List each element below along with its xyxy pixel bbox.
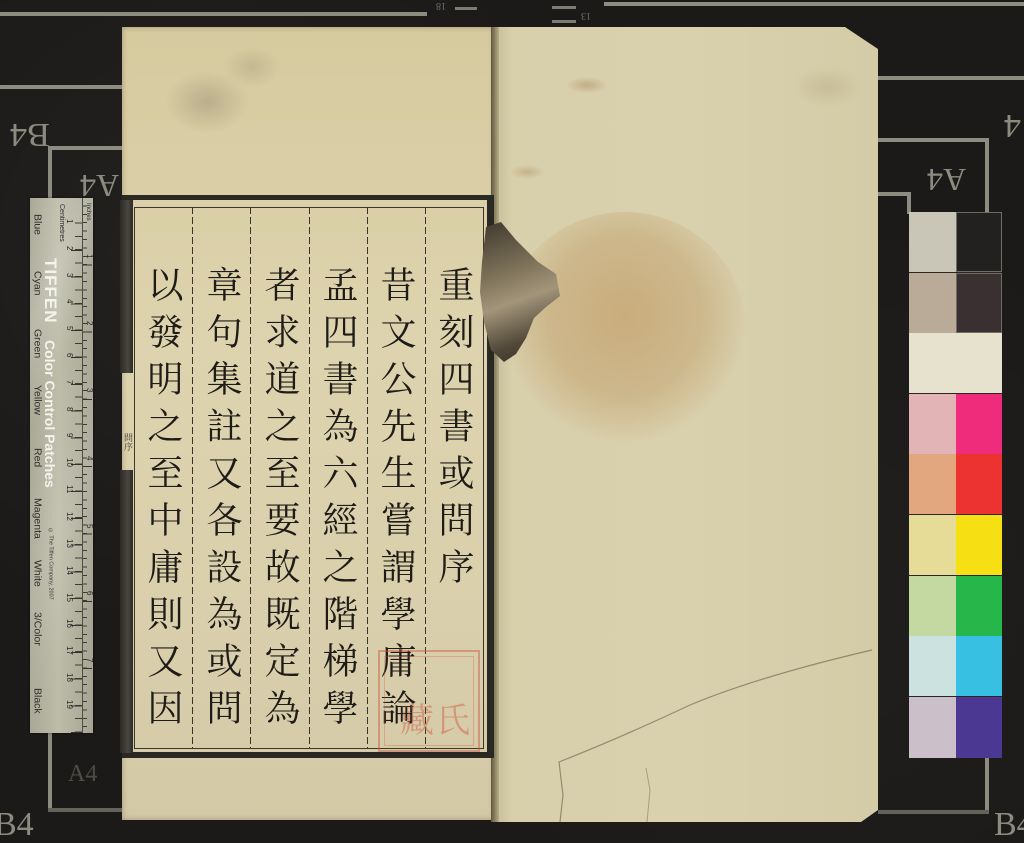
color-patch — [909, 636, 956, 696]
color-patch-row — [909, 636, 1002, 697]
mat-mark-13: 13 — [581, 10, 591, 20]
color-patch — [909, 697, 956, 758]
color-patch-row — [909, 273, 1002, 334]
cm-number: 10 — [65, 458, 73, 467]
color-patch — [909, 454, 956, 514]
guide-line — [604, 2, 1024, 6]
cm-number: 12 — [65, 512, 73, 521]
mat-label-b4: B4 — [0, 808, 34, 842]
patch-name-black: Black — [32, 688, 43, 714]
color-patch-row — [909, 212, 1002, 273]
patch-name-white: White — [32, 560, 43, 587]
mat-label-b4: B4 — [994, 808, 1024, 842]
guide-line — [0, 12, 427, 16]
color-patch — [909, 576, 956, 636]
top-tick-mark — [455, 7, 477, 10]
mat-label-a4: A4 — [68, 762, 97, 786]
color-patch — [956, 636, 1003, 696]
color-patch — [956, 394, 1003, 454]
color-control-card — [909, 212, 1002, 758]
patch-name-red: Red — [32, 448, 43, 467]
color-patch-white — [909, 333, 1002, 393]
color-patch — [956, 454, 1003, 514]
text-column: 者求道之至要故既定為 — [259, 266, 299, 736]
patch-name-yellow: Yellow — [32, 385, 43, 415]
top-tick-mark — [552, 20, 576, 23]
seal-character: 氏 — [436, 704, 470, 738]
red-collector-seal: 氏 藏 — [378, 650, 480, 752]
patch-name-magenta: Magenta — [32, 498, 43, 539]
inch-number: 1 — [85, 254, 93, 258]
cm-number: 7 — [65, 380, 73, 384]
inch-number: 7 — [85, 658, 93, 662]
mat-mark-18: 18 — [436, 0, 446, 10]
color-patch — [909, 394, 956, 454]
frame-bottom-border — [122, 752, 494, 758]
guide-line — [878, 138, 989, 142]
fish-tail-mark — [120, 200, 133, 373]
water-stain — [505, 212, 745, 442]
text-column: 章句集註又各設為或問 — [201, 266, 241, 736]
color-patch — [956, 515, 1003, 575]
color-patch — [956, 576, 1003, 636]
color-patch — [956, 212, 1003, 272]
center-fold-strip: 問序 — [120, 197, 133, 757]
guide-line — [48, 146, 122, 150]
text-column: 以發明之至中庸則又因 — [142, 266, 182, 736]
guide-line — [907, 192, 911, 214]
copyright-text: © The Tiffen Company, 2007 — [47, 528, 53, 600]
color-patch-row — [909, 697, 1002, 758]
color-patch-row — [909, 454, 1002, 515]
column-divider — [250, 207, 251, 748]
seal-character: 藏 — [400, 704, 434, 738]
inches-label: Inches — [85, 203, 91, 221]
mat-label-b4-partial: 4 — [1004, 108, 1021, 142]
guide-line — [48, 808, 122, 812]
fold-strip-text: 問序 — [121, 433, 134, 451]
color-patch-row — [909, 333, 1002, 394]
centimetres-label: Centimetres — [58, 204, 65, 242]
color-patch — [956, 697, 1003, 758]
guide-line — [878, 76, 1024, 80]
cm-number: 9 — [65, 433, 73, 437]
column-divider — [192, 207, 193, 748]
cm-number: 18 — [65, 673, 73, 682]
cm-number: 4 — [65, 299, 73, 303]
cm-number: 14 — [65, 566, 73, 575]
cm-number: 19 — [65, 700, 73, 709]
cm-number: 3 — [65, 273, 73, 277]
cm-number: 11 — [65, 485, 73, 493]
inch-number: 6 — [85, 591, 93, 595]
color-patch-row — [909, 576, 1002, 637]
color-patch-row — [909, 394, 1002, 455]
inch-number: 4 — [85, 456, 93, 460]
cm-number: 1 — [65, 219, 73, 223]
mat-label-a4: A4 — [927, 164, 966, 196]
mat-label-b4: B4 — [10, 117, 50, 151]
cm-number: 2 — [65, 246, 73, 250]
color-patch — [909, 212, 956, 272]
color-patch-row — [909, 515, 1002, 576]
cm-number: 8 — [65, 407, 73, 411]
color-patch — [909, 515, 956, 575]
color-patch — [909, 273, 956, 333]
inch-number: 2 — [85, 321, 93, 325]
column-divider — [309, 207, 310, 748]
cm-number: 13 — [65, 539, 73, 548]
cm-number: 16 — [65, 619, 73, 628]
column-divider — [367, 207, 368, 748]
cm-number: 15 — [65, 593, 73, 602]
inch-tick-marks-major — [83, 198, 92, 733]
product-name: Color Control Patches — [43, 340, 57, 488]
cm-number: 6 — [65, 353, 73, 357]
cm-number: 17 — [65, 646, 73, 655]
inch-number: 3 — [85, 388, 93, 392]
inch-number: 5 — [85, 524, 93, 528]
color-patch — [956, 273, 1003, 333]
guide-line — [878, 810, 989, 814]
cm-number: 5 — [65, 326, 73, 330]
tiffen-logo: TIFFEN — [42, 258, 59, 324]
patch-name-blue: Blue — [32, 214, 43, 235]
frame-top-border — [122, 195, 494, 200]
preface-title: 重刻四書或問序 — [433, 266, 473, 595]
fish-tail-mark — [120, 470, 133, 753]
top-tick-mark — [552, 6, 576, 9]
guide-line — [0, 85, 122, 89]
patch-name-3color: 3/Color — [32, 612, 43, 646]
tiffen-scale-bar: Blue Cyan Green Yellow Red Magenta White… — [30, 198, 93, 733]
text-column: 孟四書為六經之階梯學 — [317, 266, 357, 736]
patch-name-green: Green — [32, 329, 43, 358]
